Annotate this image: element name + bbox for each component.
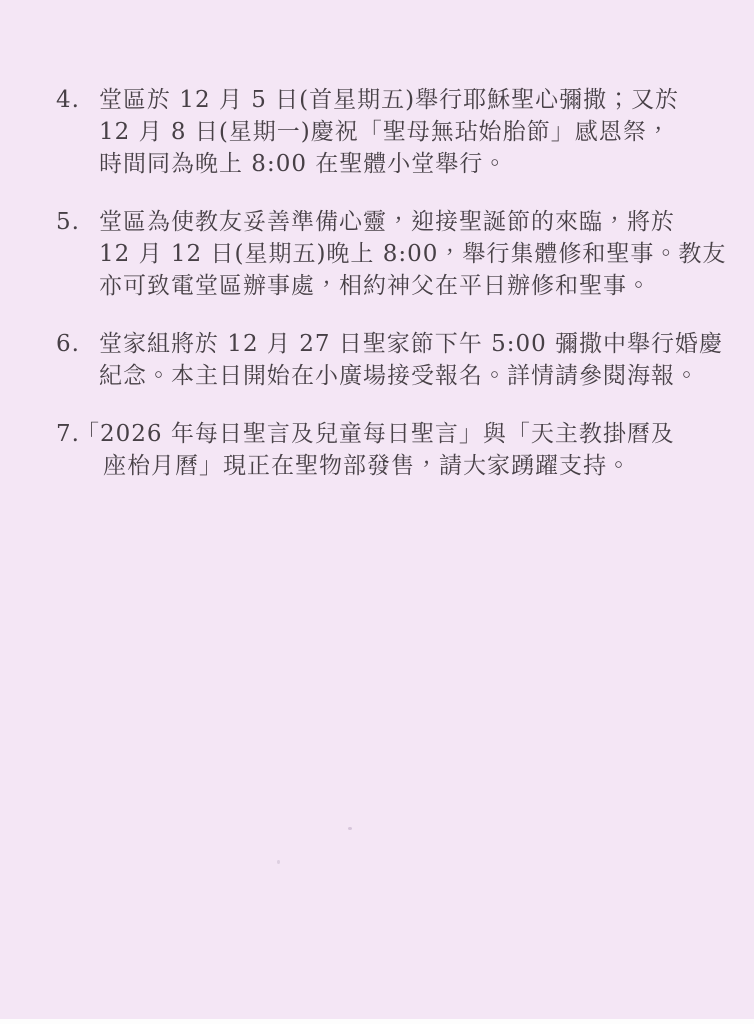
- scan-speck: [277, 860, 280, 864]
- notice-line: 堂區為使教友妥善準備心靈，迎接聖誕節的來臨，將於: [99, 206, 726, 238]
- scan-edge: [0, 1019, 754, 1024]
- notice-number: 4.: [56, 84, 99, 116]
- notice-item-5: 5. 堂區為使教友妥善準備心靈，迎接聖誕節的來臨，將於 12 月 12 日(星期…: [56, 206, 714, 302]
- notice-number: 7.: [56, 418, 76, 450]
- scan-speck: [348, 827, 352, 830]
- notice-line: 紀念。本主日開始在小廣場接受報名。詳情請參閱海報。: [99, 360, 723, 392]
- notice-number: 5.: [56, 206, 99, 238]
- notice-line: 時間同為晚上 8:00 在聖體小堂舉行。: [99, 148, 714, 180]
- notice-line: 座枱月曆」現正在聖物部發售，請大家踴躍支持。: [103, 450, 714, 482]
- notice-item-4: 4. 堂區於 12 月 5 日(首星期五)舉行耶穌聖心彌撒；又於 12 月 8 …: [56, 84, 714, 180]
- notice-text: 「2026 年每日聖言及兒童每日聖言」與「天主教掛曆及 座枱月曆」現正在聖物部發…: [76, 418, 714, 482]
- notice-line: 12 月 8 日(星期一)慶祝「聖母無玷始胎節」感恩祭，: [99, 116, 714, 148]
- notice-line: 亦可致電堂區辦事處，相約神父在平日辦修和聖事。: [99, 270, 726, 302]
- notice-line: 「2026 年每日聖言及兒童每日聖言」與「天主教掛曆及: [103, 418, 714, 450]
- notice-text: 堂區於 12 月 5 日(首星期五)舉行耶穌聖心彌撒；又於 12 月 8 日(星…: [99, 84, 714, 180]
- notice-item-7: 7. 「2026 年每日聖言及兒童每日聖言」與「天主教掛曆及 座枱月曆」現正在聖…: [56, 418, 714, 482]
- notice-number: 6.: [56, 328, 99, 360]
- notice-line: 堂家組將於 12 月 27 日聖家節下午 5:00 彌撒中舉行婚慶: [99, 328, 723, 360]
- notice-item-6: 6. 堂家組將於 12 月 27 日聖家節下午 5:00 彌撒中舉行婚慶 紀念。…: [56, 328, 714, 392]
- scanned-bulletin-page: 4. 堂區於 12 月 5 日(首星期五)舉行耶穌聖心彌撒；又於 12 月 8 …: [0, 0, 754, 1024]
- notice-text: 堂家組將於 12 月 27 日聖家節下午 5:00 彌撒中舉行婚慶 紀念。本主日…: [99, 328, 723, 392]
- notice-line: 12 月 12 日(星期五)晚上 8:00，舉行集體修和聖事。教友: [99, 238, 726, 270]
- notice-line: 堂區於 12 月 5 日(首星期五)舉行耶穌聖心彌撒；又於: [99, 84, 714, 116]
- notice-text: 堂區為使教友妥善準備心靈，迎接聖誕節的來臨，將於 12 月 12 日(星期五)晚…: [99, 206, 726, 302]
